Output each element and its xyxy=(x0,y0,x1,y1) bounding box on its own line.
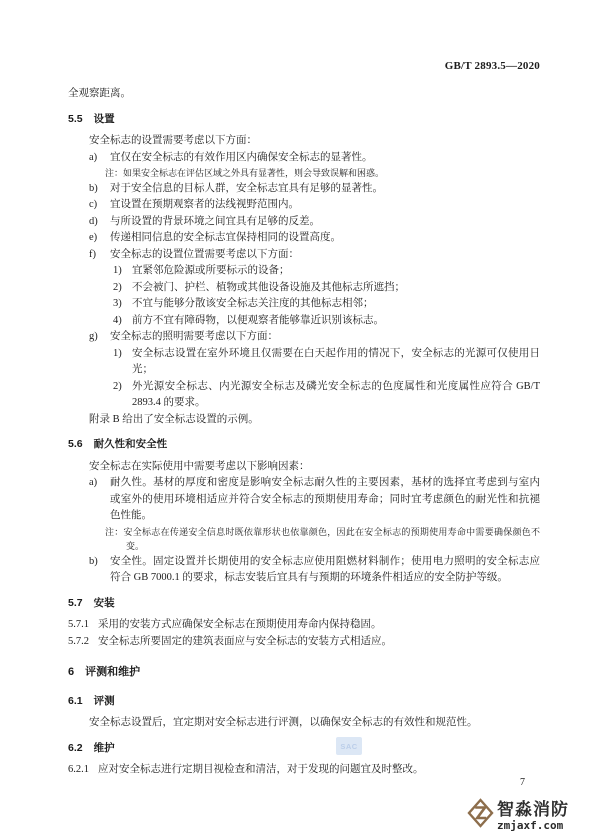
doc-block-text: 传递相同信息的安全标志宜保持相同的设置高度。 xyxy=(110,232,341,243)
doc-block-h2: 5.6耐久性和安全性 xyxy=(68,436,540,453)
doc-block-item: c)宜设置在预期观察者的法线视野范围内。 xyxy=(68,197,540,214)
doc-block-h1: 6评测和维护 xyxy=(68,664,540,681)
doc-block-label: c) xyxy=(89,197,97,214)
zhimiao-logo-icon xyxy=(467,798,494,833)
doc-block-label: f) xyxy=(89,247,96,264)
doc-block-text: 安全标志的照明需要考虑以下方面： xyxy=(110,331,278,342)
doc-block-p: 安全标志在实际使用中需要考虑以下影响因素： xyxy=(68,459,540,476)
doc-block-label: e) xyxy=(89,230,97,247)
doc-block-label: b) xyxy=(89,554,98,571)
doc-block-item: f)安全标志的设置位置需要考虑以下方面： xyxy=(68,247,540,264)
doc-block-label: 1) xyxy=(113,263,122,280)
doc-block-text: 安全标志的设置位置需要考虑以下方面： xyxy=(110,249,299,260)
doc-block-item: b)对于安全信息的目标人群，安全标志宜具有足够的显著性。 xyxy=(68,181,540,198)
doc-block-label: 5.7.2 xyxy=(68,634,89,651)
doc-block-label: 5.7 xyxy=(68,595,83,612)
doc-block-p: 附录 B 给出了安全标志设置的示例。 xyxy=(68,412,540,429)
doc-block-text: 安全标志在传递安全信息时既依靠形状也依靠颜色，因此在安全标志的预期使用寿命中需要… xyxy=(124,527,540,552)
doc-block-label: g) xyxy=(89,329,98,346)
doc-block-label: 5.5 xyxy=(68,111,83,128)
doc-block-text: 安全标志在实际使用中需要考虑以下影响因素： xyxy=(89,461,310,472)
doc-block-sub: 2)外光源安全标志、内光源安全标志及磷光安全标志的色度属性和光度属性应符合 GB… xyxy=(68,379,540,412)
site-logo-texts: 智淼消防 zmjaxf.com xyxy=(497,801,569,831)
doc-block-note: 注：安全标志在传递安全信息时既依靠形状也依靠颜色，因此在安全标志的预期使用寿命中… xyxy=(68,525,540,554)
doc-block-sub: 2)不会被门、护栏、植物或其他设备设施及其他标志所遮挡； xyxy=(68,280,540,297)
doc-block-text: 对于安全信息的目标人群，安全标志宜具有足够的显著性。 xyxy=(110,183,383,194)
site-logo: 智淼消防 zmjaxf.com xyxy=(467,798,569,833)
doc-block-text: 宜设置在预期观察者的法线视野范围内。 xyxy=(110,199,299,210)
doc-block-item: a)耐久性。基材的厚度和密度是影响安全标志耐久性的主要因素，基材的选择宜考虑到与… xyxy=(68,475,540,525)
document-page: GB/T 2893.5—2020 全观察距离。5.5设置安全标志的设置需要考虑以… xyxy=(0,0,600,836)
doc-block-label: 6 xyxy=(68,664,74,681)
doc-block-text: 全观察距离。 xyxy=(68,86,540,103)
doc-block-text: 如果安全标志在评估区域之外具有显著性，则会导致误解和困惑。 xyxy=(123,168,384,178)
doc-block-text: 安全标志设置后，宜定期对安全标志进行评测，以确保安全标志的有效性和规范性。 xyxy=(89,717,478,728)
doc-block-label: 6.2 xyxy=(68,740,83,757)
doc-block-text: 耐久性和安全性 xyxy=(94,438,168,450)
doc-block-label: 6.1 xyxy=(68,693,83,710)
doc-block-text: 应对安全标志进行定期目视检查和清洁，对于发现的问题宜及时整改。 xyxy=(98,764,424,775)
doc-block-text: 不宜与能够分散该安全标志关注度的其他标志相邻； xyxy=(132,298,374,309)
doc-block-label: 1) xyxy=(113,346,122,363)
doc-block-text: 安全性。固定设置并长期使用的安全标志应使用阻燃材料制作；使用电力照明的安全标志应… xyxy=(110,556,540,584)
standard-number-header: GB/T 2893.5—2020 xyxy=(445,60,540,72)
doc-block-label: 4) xyxy=(113,313,122,330)
doc-block-label: 2) xyxy=(113,379,122,396)
doc-block-sub: 3)不宜与能够分散该安全标志关注度的其他标志相邻； xyxy=(68,296,540,313)
site-logo-domain: zmjaxf.com xyxy=(497,820,569,831)
doc-block-item: a)宜仅在安全标志的有效作用区内确保安全标志的显著性。 xyxy=(68,150,540,167)
sac-watermark: SAC xyxy=(336,737,362,755)
doc-block-text: 宜紧邻危险源或所要标示的设备； xyxy=(132,265,290,276)
doc-block-label: 注： xyxy=(105,168,123,178)
doc-block-label: a) xyxy=(89,475,97,492)
doc-block-text: 安装 xyxy=(94,597,115,609)
doc-block-sub: 4)前方不宜有障碍物，以便观察者能够靠近识别该标志。 xyxy=(68,313,540,330)
doc-block-text: 设置 xyxy=(94,113,115,125)
doc-block-text: 安全标志的设置需要考虑以下方面： xyxy=(89,135,257,146)
site-logo-name: 智淼消防 xyxy=(497,801,569,818)
page-number: 7 xyxy=(520,777,525,788)
doc-block-text: 外光源安全标志、内光源安全标志及磷光安全标志的色度属性和光度属性应符合 GB/T… xyxy=(132,381,540,409)
doc-block-p: 安全标志设置后，宜定期对安全标志进行评测，以确保安全标志的有效性和规范性。 xyxy=(68,715,540,732)
doc-block-text: 维护 xyxy=(94,742,115,754)
doc-block-numpara: 5.7.1采用的安装方式应确保安全标志在预期使用寿命内保持稳固。 xyxy=(68,617,540,634)
doc-block-h2: 6.2维护 xyxy=(68,740,540,757)
document-body: 全观察距离。5.5设置安全标志的设置需要考虑以下方面：a)宜仅在安全标志的有效作… xyxy=(68,86,540,779)
doc-block-text: 评测和维护 xyxy=(85,666,140,678)
doc-block-label: 2) xyxy=(113,280,122,297)
doc-block-numpara: 6.2.1应对安全标志进行定期目视检查和清洁，对于发现的问题宜及时整改。 xyxy=(68,762,540,779)
doc-block-text: 不会被门、护栏、植物或其他设备设施及其他标志所遮挡； xyxy=(132,282,405,293)
doc-block-label: d) xyxy=(89,214,98,231)
doc-block-item: b)安全性。固定设置并长期使用的安全标志应使用阻燃材料制作；使用电力照明的安全标… xyxy=(68,554,540,587)
doc-block-text: 耐久性。基材的厚度和密度是影响安全标志耐久性的主要因素，基材的选择宜考虑到与室内… xyxy=(110,477,540,521)
doc-block-text: 评测 xyxy=(94,695,115,707)
doc-block-p: 安全标志的设置需要考虑以下方面： xyxy=(68,133,540,150)
doc-block-label: 5.6 xyxy=(68,436,83,453)
doc-block-label: 3) xyxy=(113,296,122,313)
doc-block-sub: 1)宜紧邻危险源或所要标示的设备； xyxy=(68,263,540,280)
doc-block-label: a) xyxy=(89,150,97,167)
doc-block-h2: 5.7安装 xyxy=(68,595,540,612)
doc-block-item: e)传递相同信息的安全标志宜保持相同的设置高度。 xyxy=(68,230,540,247)
doc-block-text: 前方不宜有障碍物，以便观察者能够靠近识别该标志。 xyxy=(132,315,384,326)
doc-block-numpara: 5.7.2安全标志所要固定的建筑表面应与安全标志的安装方式相适应。 xyxy=(68,634,540,651)
doc-block-note: 注：如果安全标志在评估区域之外具有显著性，则会导致误解和困惑。 xyxy=(68,166,540,181)
doc-block-text: 与所设置的背景环境之间宜具有足够的反差。 xyxy=(110,216,320,227)
doc-block-text: 宜仅在安全标志的有效作用区内确保安全标志的显著性。 xyxy=(110,152,373,163)
doc-block-label: 注： xyxy=(105,527,124,537)
doc-block-text: 采用的安装方式应确保安全标志在预期使用寿命内保持稳固。 xyxy=(98,619,382,630)
doc-block-text: 附录 B 给出了安全标志设置的示例。 xyxy=(89,414,259,425)
doc-block-label: 6.2.1 xyxy=(68,762,89,779)
doc-block-item: g)安全标志的照明需要考虑以下方面： xyxy=(68,329,540,346)
doc-block-label: 5.7.1 xyxy=(68,617,89,634)
doc-block-text: 安全标志所要固定的建筑表面应与安全标志的安装方式相适应。 xyxy=(98,636,392,647)
doc-block-h2: 6.1评测 xyxy=(68,693,540,710)
doc-block-text: 全观察距离。 xyxy=(68,88,131,99)
doc-block-item: d)与所设置的背景环境之间宜具有足够的反差。 xyxy=(68,214,540,231)
doc-block-sub: 1)安全标志设置在室外环境且仅需要在白天起作用的情况下，安全标志的光源可仅使用日… xyxy=(68,346,540,379)
doc-block-label: b) xyxy=(89,181,98,198)
doc-block-h2: 5.5设置 xyxy=(68,111,540,128)
doc-block-text: 安全标志设置在室外环境且仅需要在白天起作用的情况下，安全标志的光源可仅使用日光； xyxy=(132,348,540,376)
